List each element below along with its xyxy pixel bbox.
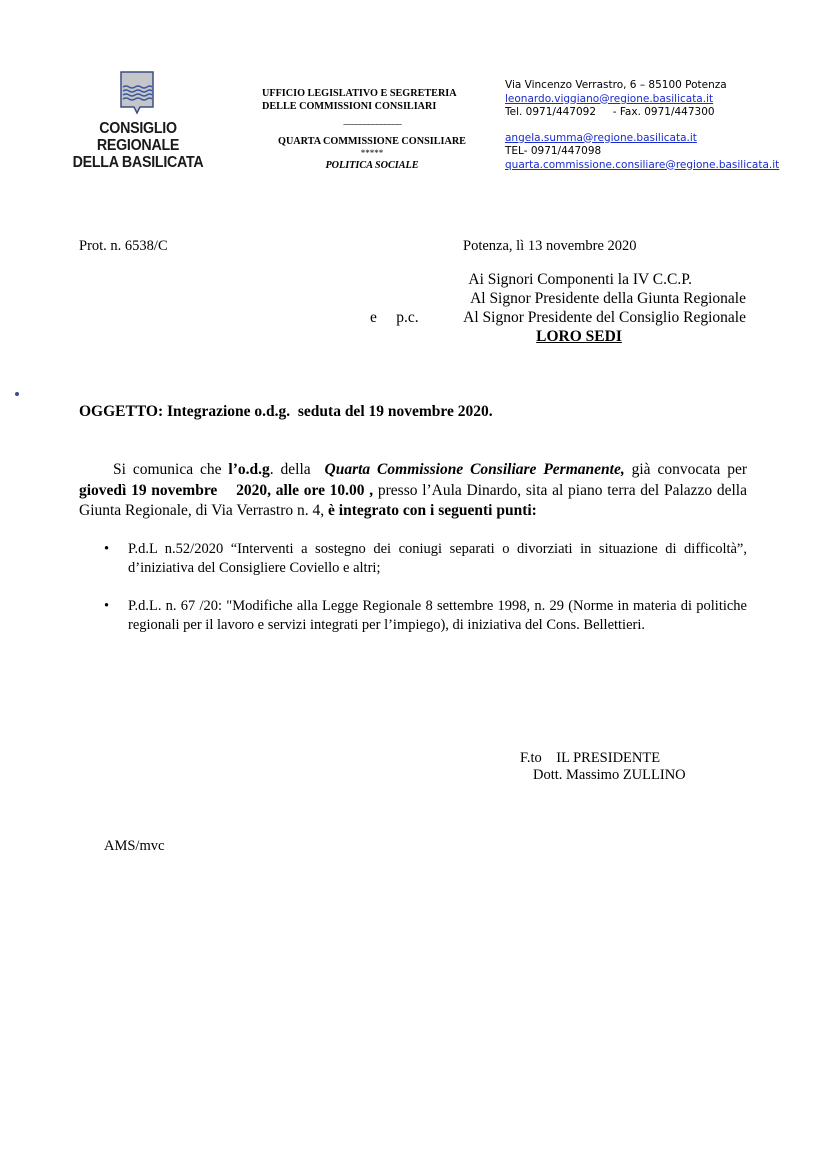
logo-line-2: DELLA BASILICATA [59, 154, 217, 171]
agenda-item-text: P.d.L. n. 67 /20: "Modifiche alla Legge … [128, 598, 747, 633]
subject-line: OGGETTO: Integrazione o.d.g. seduta del … [79, 403, 493, 421]
recipient-2: Al Signor Presidente della Giunta Region… [470, 289, 746, 308]
tel-fax: Tel. 0971/447092 - Fax. 0971/447300 [505, 106, 779, 120]
coat-of-arms-icon [120, 71, 154, 115]
agenda-item-text: P.d.L n.52/2020 “Interventi a sostegno d… [128, 541, 747, 576]
office-block: UFFICIO LEGISLATIVO E SEGRETERIA DELLE C… [262, 88, 482, 173]
recipient-3: Al Signor Presidente del Consiglio Regio… [463, 308, 746, 327]
email-link-viggiano[interactable]: leonardo.viggiano@regione.basilicata.it [505, 93, 713, 105]
tel-2: TEL- 0971/447098 [505, 145, 779, 159]
agenda-item: • P.d.L. n. 67 /20: "Modifiche alla Legg… [104, 597, 747, 635]
body-text: già convocata per [625, 461, 747, 478]
agenda-item: • P.d.L n.52/2020 “Interventi a sostegno… [104, 540, 747, 578]
agenda-points: • P.d.L n.52/2020 “Interventi a sostegno… [104, 540, 747, 654]
signature-name: Dott. Massimo ZULLINO [520, 767, 686, 784]
place-date: Potenza, lì 13 novembre 2020 [463, 236, 637, 256]
commission-area: POLITICA SOCIALE [262, 160, 482, 173]
office-line-2: DELLE COMMISSIONI CONSILIARI [262, 101, 482, 114]
recipient-1: Ai Signori Componenti la IV C.C.P. [468, 270, 692, 289]
signature-block: F.to IL PRESIDENTE Dott. Massimo ZULLINO [520, 750, 686, 784]
body-paragraph: Si comunica che l’o.d.g. della Quarta Co… [79, 460, 747, 522]
commission-name: QUARTA COMMISSIONE CONSILIARE [262, 136, 482, 149]
pc-label: e p.c. [370, 308, 419, 327]
body-integration: è integrato con i seguenti punti: [328, 502, 537, 519]
recipients-block: Ai Signori Componenti la IV C.C.P. Al Si… [370, 270, 746, 346]
office-divider: ______________ [262, 115, 482, 128]
bullet-icon: • [104, 597, 109, 616]
stars-separator: ***** [262, 148, 482, 158]
contacts-block: Via Vincenzo Verrastro, 6 – 85100 Potenz… [505, 79, 779, 172]
protocol-number: Prot. n. 6538/C [79, 236, 168, 256]
author-initials: AMS/mvc [104, 838, 164, 855]
logo-line-1: CONSIGLIO REGIONALE [59, 120, 217, 154]
institution-logo-text: CONSIGLIO REGIONALE DELLA BASILICATA [59, 120, 217, 171]
office-line-1: UFFICIO LEGISLATIVO E SEGRETERIA [262, 88, 482, 101]
bullet-icon: • [104, 540, 109, 559]
stray-bullet-mark [15, 392, 19, 396]
body-odg: l’o.d.g [228, 461, 269, 478]
body-text: . della [270, 461, 325, 478]
address: Via Vincenzo Verrastro, 6 – 85100 Potenz… [505, 79, 779, 93]
email-link-summa[interactable]: angela.summa@regione.basilicata.it [505, 132, 697, 144]
loro-sedi: LORO SEDI [370, 327, 746, 346]
body-commission: Quarta Commissione Consiliare Permanente… [325, 461, 625, 478]
body-datetime: giovedì 19 novembre 2020, alle ore 10.00… [79, 482, 373, 499]
signature-title: F.to IL PRESIDENTE [520, 750, 686, 767]
email-link-commission[interactable]: quarta.commissione.consiliare@regione.ba… [505, 159, 779, 171]
body-text: Si comunica che [113, 461, 228, 478]
